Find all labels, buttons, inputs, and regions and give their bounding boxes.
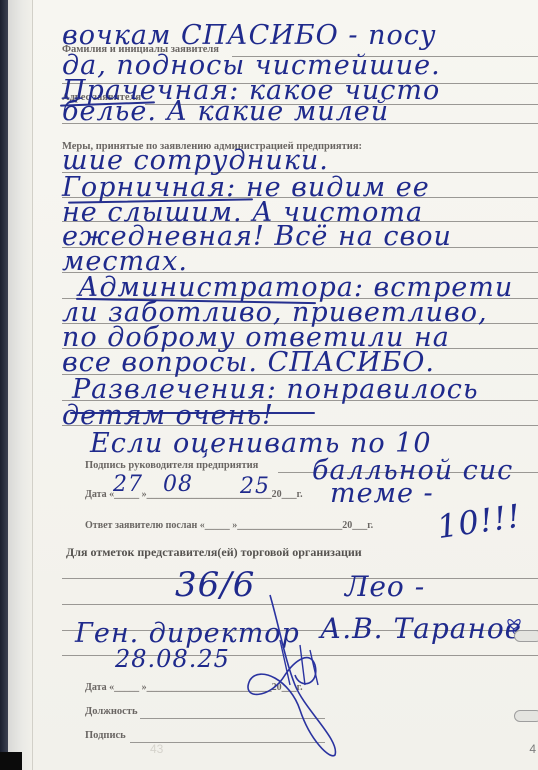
handwritten-date-year: 25 — [240, 474, 270, 499]
label-trade-org-notes: Для отметок представителя(ей) торговой о… — [66, 545, 362, 560]
label-signature: Подпись — [85, 730, 126, 741]
label-manager-signature: Подпись руководителя предприятия — [85, 460, 258, 471]
handwritten-line: белье. А какие милей — [62, 96, 389, 127]
scan-corner — [0, 752, 22, 770]
handwritten-line: теме - — [330, 478, 434, 509]
handwritten-line: детям очень! — [62, 400, 274, 431]
label-reply-sent: Ответ заявителю послан «_____ »_________… — [85, 520, 373, 531]
label-position: Должность — [85, 706, 138, 717]
binder-ring — [514, 630, 538, 642]
handwritten-admin-date: 28.08.25 — [115, 645, 230, 673]
book-binding — [0, 0, 8, 770]
signature-scribble — [240, 590, 360, 760]
handwritten-date-month: 08 — [163, 472, 193, 497]
handwritten-line: вочкам СПАСИБО - посу — [62, 20, 437, 51]
ruled-line — [62, 578, 538, 579]
bleed-through-page-number: 43 — [150, 742, 163, 756]
page-edge — [8, 0, 33, 770]
binder-ring — [514, 710, 538, 722]
page-number: 4 — [529, 742, 536, 756]
handwritten-date-day: 27 — [113, 472, 143, 497]
